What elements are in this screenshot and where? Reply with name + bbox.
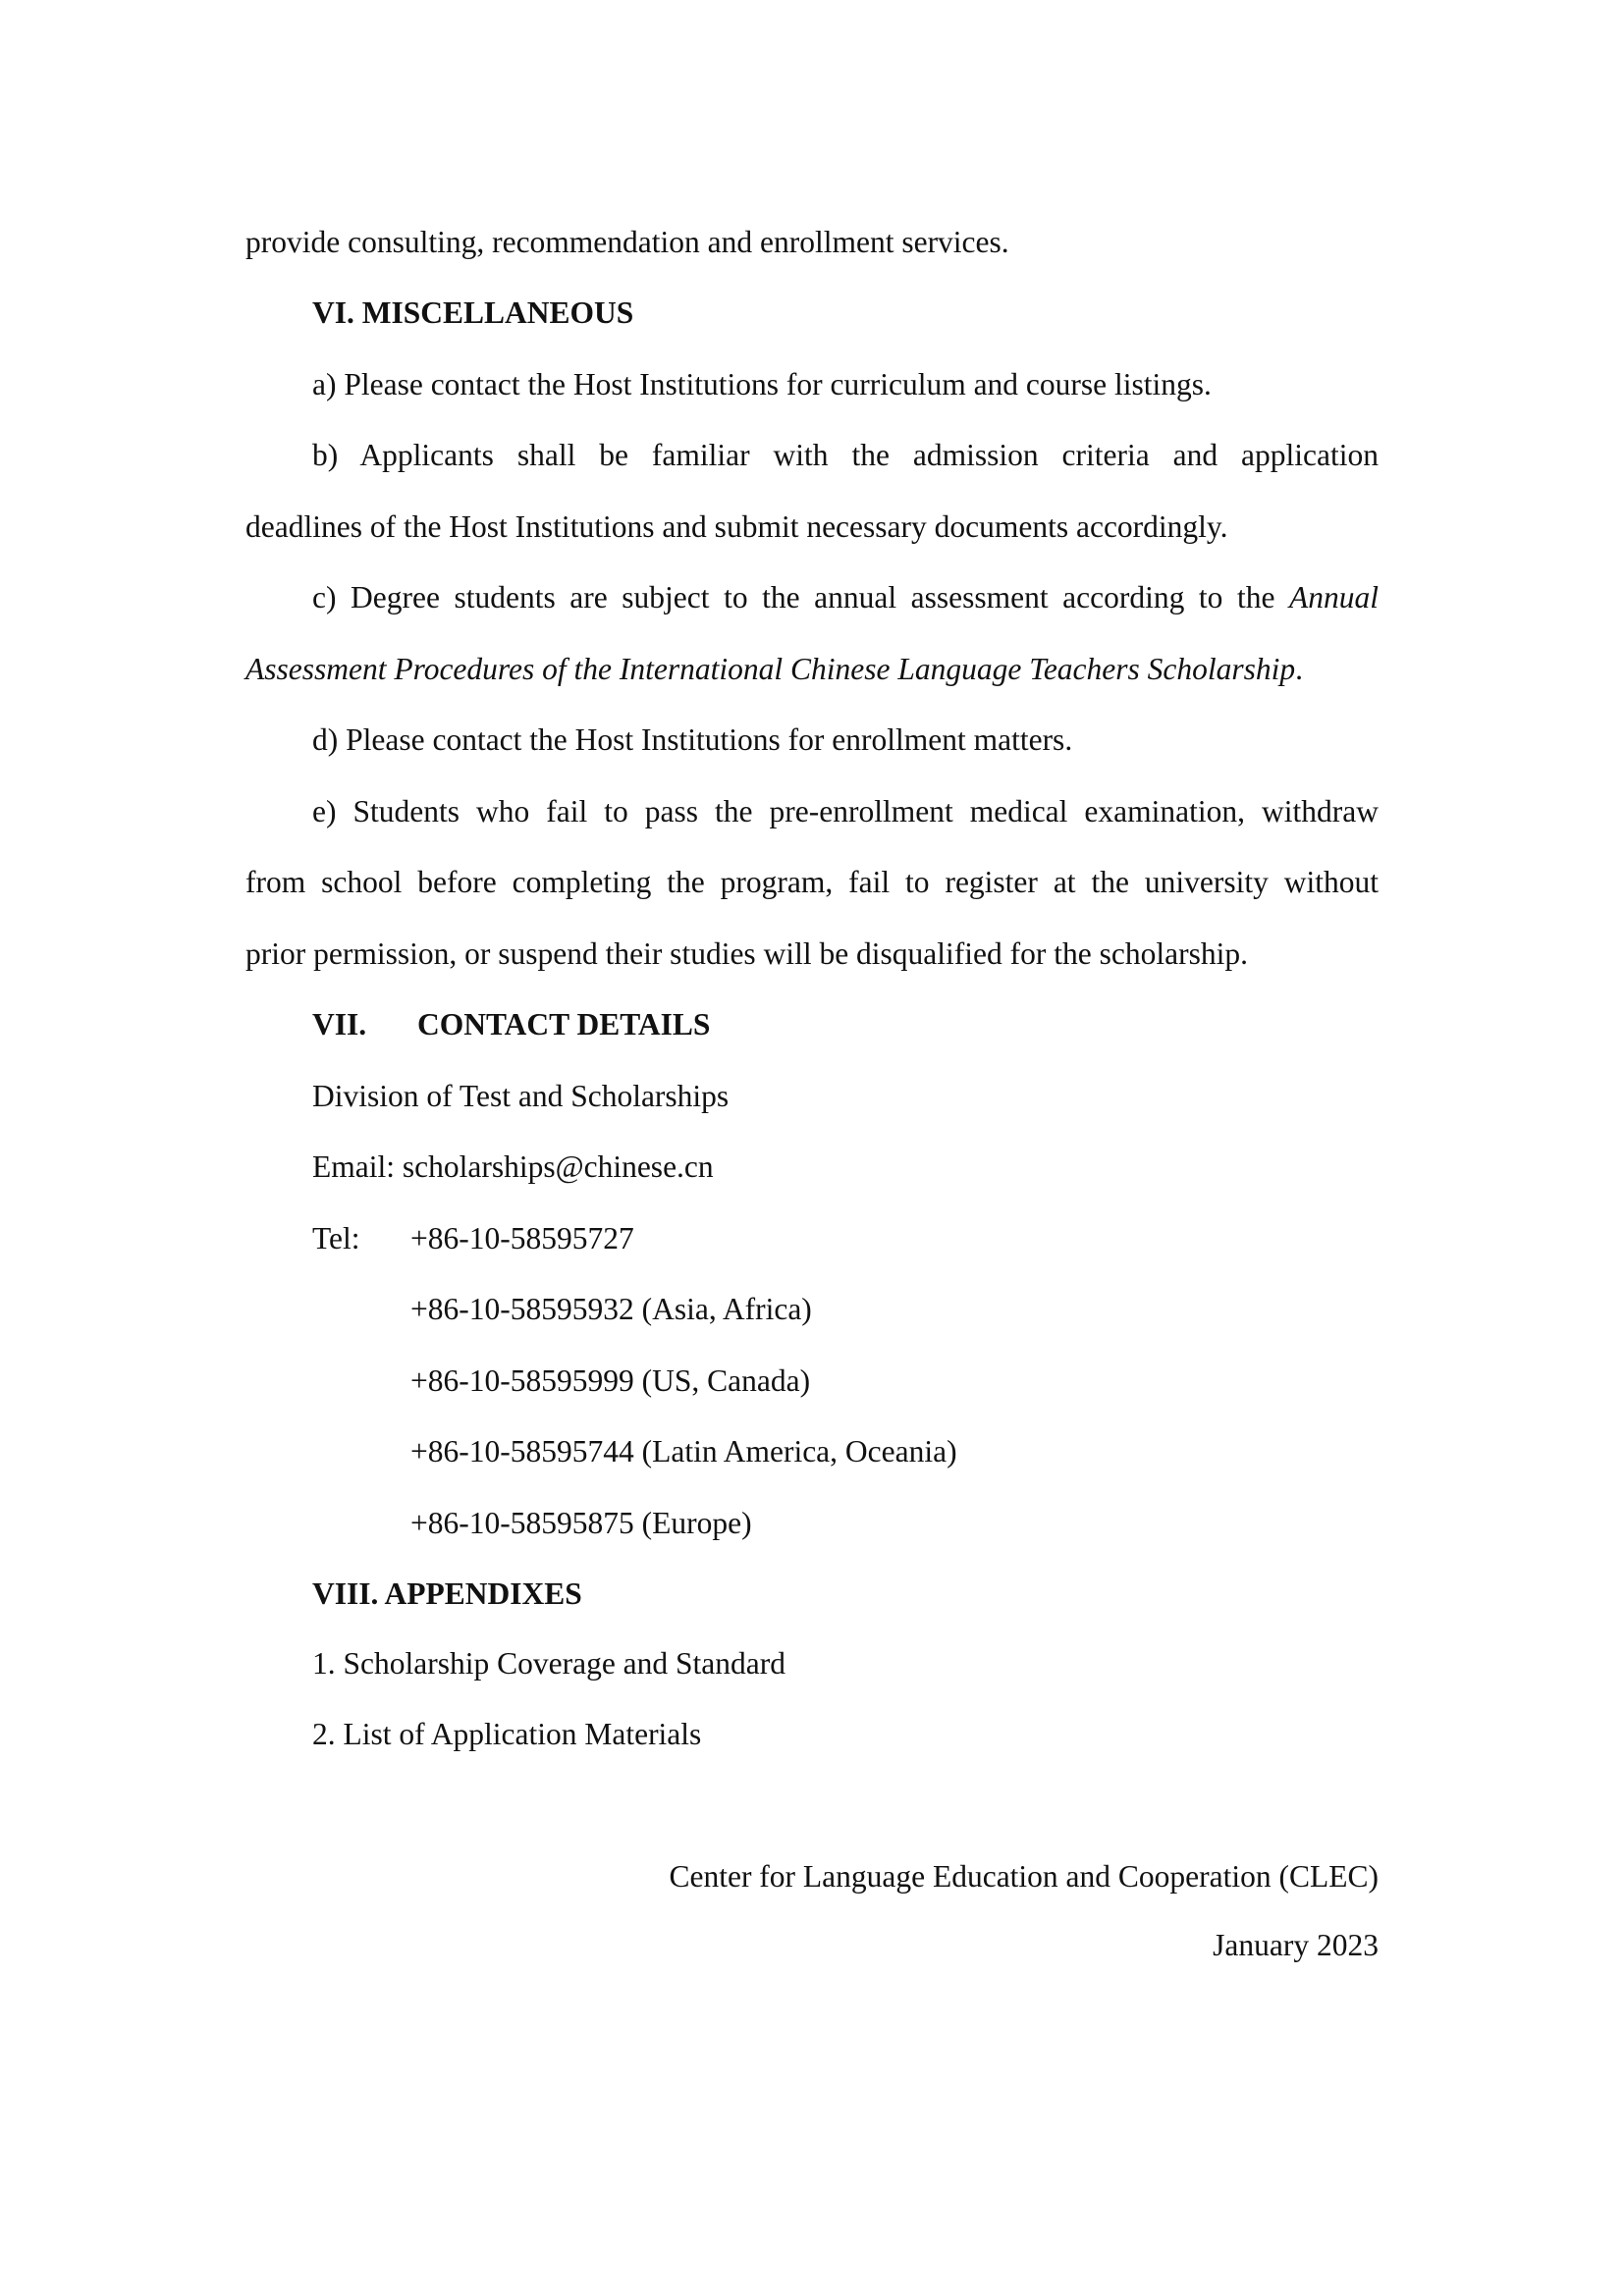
assessment-procedures-title-part1: Annual [1289,580,1379,614]
misc-item-e-line1: e) Students who fail to pass the pre-enr… [312,792,1379,831]
misc-item-e-line3: prior permission, or suspend their studi… [245,934,1379,974]
signature-organization: Center for Language Education and Cooper… [245,1857,1379,1896]
phone-general[interactable]: +86-10-58595727 [410,1221,634,1255]
tel-label: Tel: [312,1219,410,1258]
phone-us-canada[interactable]: +86-10-58595999 (US, Canada) [410,1362,1379,1401]
section-vii-heading: VII.CONTACT DETAILS [312,1005,1379,1044]
assessment-procedures-title-part2: Assessment Procedures of the Internation… [245,652,1295,686]
phone-latam-oceania[interactable]: +86-10-58595744 (Latin America, Oceania) [410,1432,1379,1471]
misc-item-b-line2: deadlines of the Host Institutions and s… [245,507,1379,547]
misc-item-c-line2: Assessment Procedures of the Internation… [245,650,1379,689]
phone-europe[interactable]: +86-10-58595875 (Europe) [410,1504,1379,1543]
appendix-item-1: 1. Scholarship Coverage and Standard [312,1644,1379,1683]
misc-item-c-period: . [1295,652,1303,686]
section-vi-heading: VI. MISCELLANEOUS [312,294,1379,333]
section-vii-number: VII. [312,1005,417,1044]
misc-item-c-line1: c) Degree students are subject to the an… [312,578,1379,617]
misc-item-c-text: c) Degree students are subject to the an… [312,580,1289,614]
misc-item-d: d) Please contact the Host Institutions … [312,721,1379,760]
misc-item-a: a) Please contact the Host Institutions … [312,365,1379,404]
misc-item-e-line2: from school before completing the progra… [245,863,1379,902]
contact-email[interactable]: Email: scholarships@chinese.cn [312,1148,1379,1187]
document-page: provide consulting, recommendation and e… [0,0,1624,2296]
section-viii-heading: VIII. APPENDIXES [312,1575,1379,1614]
section-vii-title: CONTACT DETAILS [417,1007,710,1041]
contact-division: Division of Test and Scholarships [312,1077,1379,1116]
phone-asia-africa[interactable]: +86-10-58595932 (Asia, Africa) [410,1290,1379,1329]
signature-date: January 2023 [245,1926,1379,1965]
intro-line: provide consulting, recommendation and e… [245,223,1379,262]
appendix-item-2: 2. List of Application Materials [312,1715,1379,1754]
misc-item-b-line1: b) Applicants shall be familiar with the… [312,436,1379,475]
contact-tel-row: Tel:+86-10-58595727 [312,1219,1379,1258]
